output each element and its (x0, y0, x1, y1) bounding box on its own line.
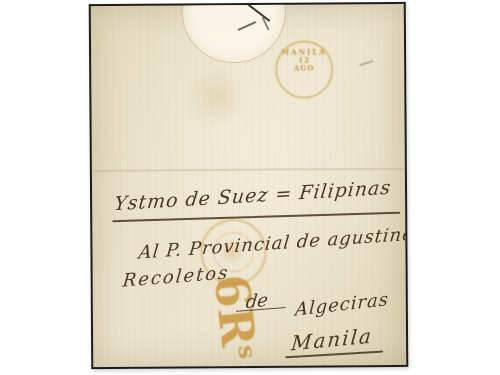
folded-letter-cover: MANILA 12 AGO 6Rs Ystmo de Suez = Filipi… (89, 2, 409, 369)
datestamp-month: AGO (277, 64, 331, 72)
rate-handstamp-6rs: 6Rs (206, 272, 263, 369)
cover-photograph: MANILA 12 AGO 6Rs Ystmo de Suez = Filipi… (0, 0, 500, 375)
rate-superscript: s (232, 344, 262, 361)
manila-circular-datestamp: MANILA 12 AGO (275, 40, 333, 98)
ink-show-through-smudge (181, 67, 251, 125)
